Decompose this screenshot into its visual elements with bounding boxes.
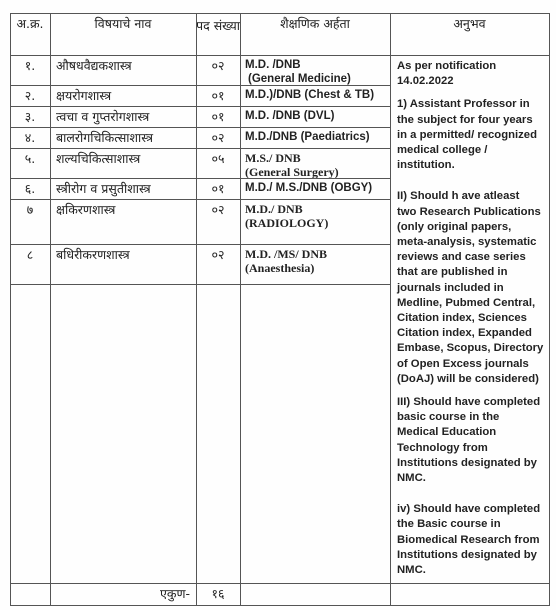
header-subject: विषयाचे नाव — [50, 13, 196, 55]
experience-intro: As per notification14.02.2022 — [397, 59, 545, 89]
experience-cell: As per notification14.02.2022 1) Assista… — [390, 55, 549, 583]
table-rule — [10, 13, 550, 14]
row-subject: औषधवैद्यकशास्त्र — [50, 55, 196, 85]
row-subject: बालरोगचिकित्साशास्त्र — [50, 127, 196, 148]
row-posts: ०१ — [196, 85, 240, 106]
row-posts: ०२ — [196, 199, 240, 244]
table-rule — [10, 199, 391, 200]
row-subject: स्त्रीरोग व प्रसुतीशास्त्र — [50, 178, 196, 199]
row-posts: ०१ — [196, 178, 240, 199]
table-rule — [549, 13, 550, 606]
total-value: १६ — [196, 583, 240, 605]
row-qualification: M.D. /MS/ DNB(Anaesthesia) — [240, 244, 390, 284]
table-rule — [196, 13, 197, 606]
table-rule — [10, 605, 550, 606]
experience-point-4: iv) Should have completedthe Basic cours… — [397, 502, 545, 578]
row-qualification: M.D. /DNB(General Medicine) — [240, 55, 390, 85]
table-rule — [10, 55, 550, 56]
row-posts: ०५ — [196, 148, 240, 178]
row-serial: ५. — [10, 148, 50, 178]
row-qualification: M.D./ DNB(RADIOLOGY) — [240, 199, 390, 244]
table-rule — [10, 178, 391, 179]
table-rule — [390, 13, 391, 606]
row-posts: ०१ — [196, 106, 240, 127]
row-qualification: M.D./ M.S./DNB (OBGY) — [240, 178, 390, 199]
header-serial: अ.क्र. — [10, 13, 50, 55]
row-qualification: M.S./ DNB(General Surgery) — [240, 148, 390, 178]
row-serial: २. — [10, 85, 50, 106]
table-rule — [10, 85, 391, 86]
header-posts: पद संख्या — [196, 13, 240, 55]
table-rule — [10, 284, 391, 285]
table-rule — [10, 13, 11, 606]
row-subject: शल्यचिकित्साशास्त्र — [50, 148, 196, 178]
table-rule — [10, 583, 550, 584]
experience-point-1: 1) Assistant Professor inthe subject for… — [397, 97, 545, 173]
table-rule — [10, 106, 391, 107]
header-qualification: शैक्षणिक अर्हता — [240, 13, 390, 55]
row-serial: ८ — [10, 244, 50, 284]
row-qualification: M.D.)/DNB (Chest & TB) — [240, 85, 390, 106]
row-subject: क्षयरोगशास्त्र — [50, 85, 196, 106]
table-rule — [10, 244, 391, 245]
table-rule — [10, 148, 391, 149]
row-qualification: M.D. /DNB (DVL) — [240, 106, 390, 127]
row-serial: ६. — [10, 178, 50, 199]
row-posts: ०२ — [196, 127, 240, 148]
table-rule — [240, 13, 241, 606]
row-serial: ७ — [10, 199, 50, 244]
table-rule — [50, 13, 51, 606]
table-rule — [10, 127, 391, 128]
row-subject: त्वचा व गुप्तरोगशास्त्र — [50, 106, 196, 127]
total-label: एकुण- — [50, 583, 196, 605]
row-posts: ०२ — [196, 244, 240, 284]
experience-point-3: III) Should have completedbasic course i… — [397, 395, 545, 486]
header-experience: अनुभव — [390, 13, 549, 55]
document-page: अ.क्र. विषयाचे नाव पद संख्या शैक्षणिक अर… — [0, 0, 556, 610]
experience-point-2: II) Should h ave atleasttwo Research Pub… — [397, 189, 545, 387]
row-serial: ३. — [10, 106, 50, 127]
row-posts: ०२ — [196, 55, 240, 85]
row-serial: ४. — [10, 127, 50, 148]
posts-table: अ.क्र. विषयाचे नाव पद संख्या शैक्षणिक अर… — [10, 13, 549, 605]
row-qualification: M.D./DNB (Paediatrics) — [240, 127, 390, 148]
row-subject: बधिरीकरणशास्त्र — [50, 244, 196, 284]
row-subject: क्षकिरणशास्त्र — [50, 199, 196, 244]
row-serial: १. — [10, 55, 50, 85]
